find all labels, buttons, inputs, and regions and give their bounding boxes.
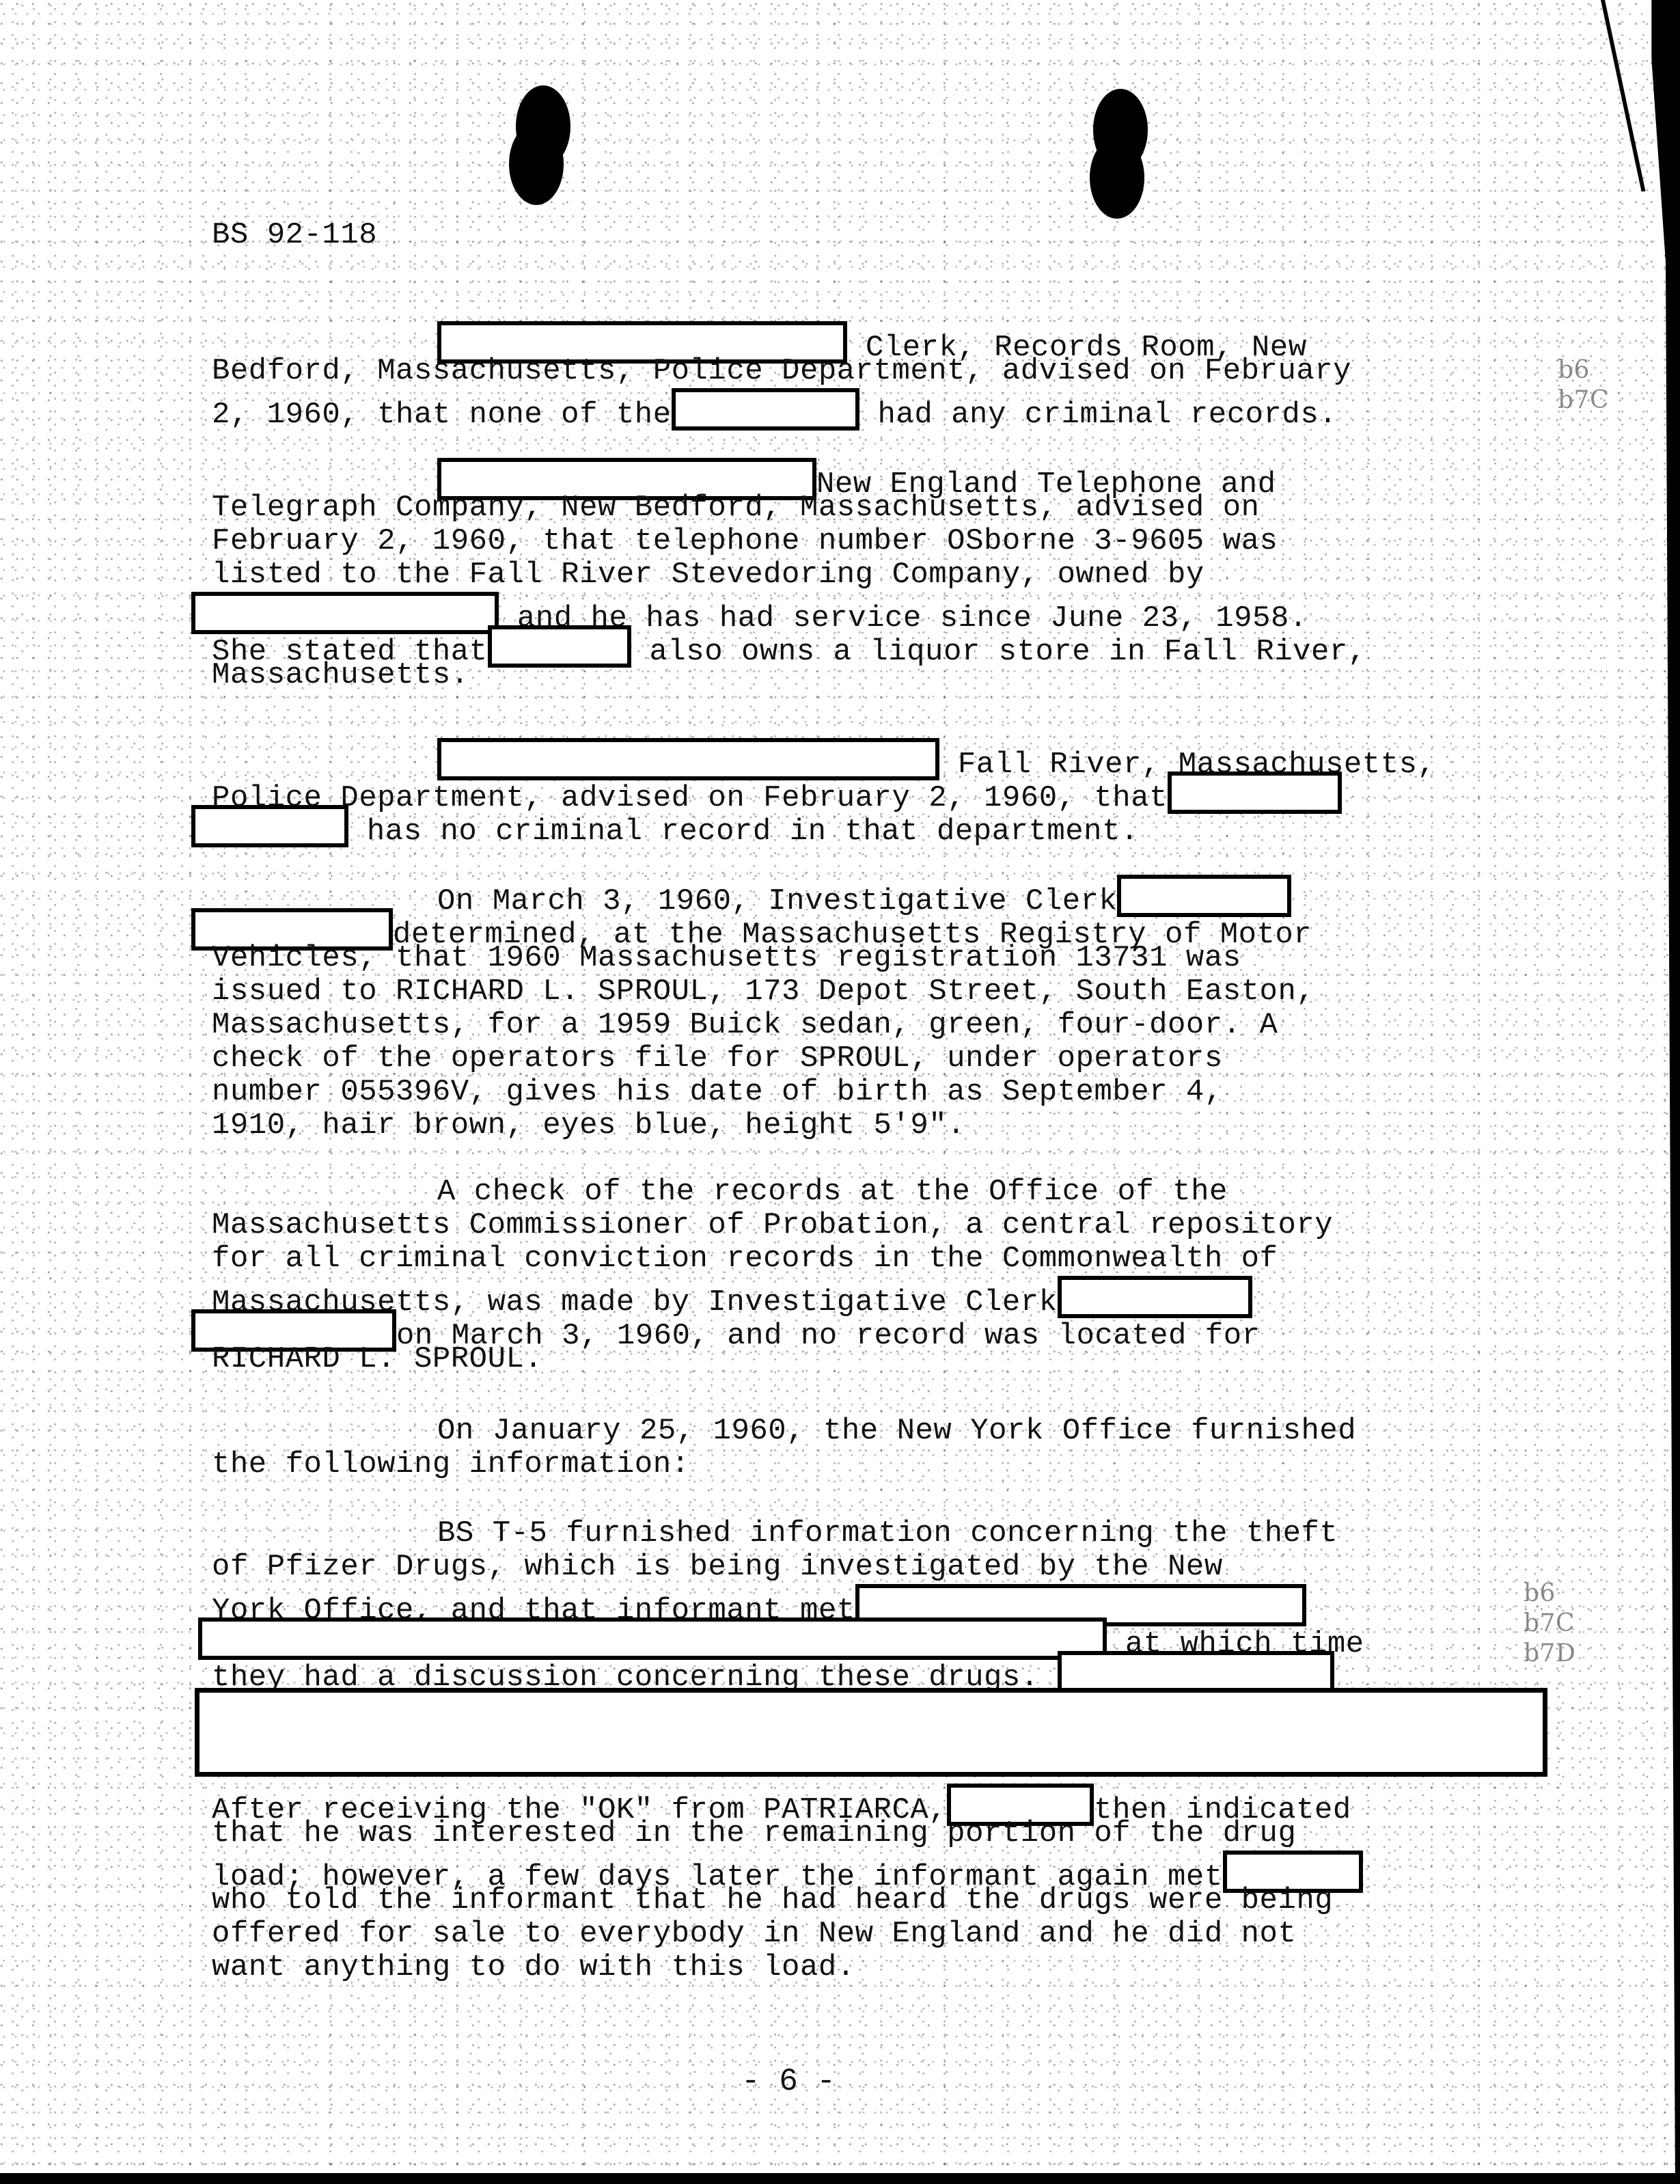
text-line: had any criminal records.: [878, 398, 1338, 432]
redaction-box: [1058, 1651, 1334, 1693]
paragraph-fall-river-police: Fall River, Massachusetts, Police Depart…: [212, 738, 1510, 838]
text-line: February 2, 1960, that telephone number …: [212, 525, 1510, 558]
redaction-box: [488, 625, 631, 668]
text-line: has no criminal record in that departmen…: [367, 815, 1139, 849]
text-line: check of the operators file for SPROUL, …: [212, 1042, 1510, 1076]
text-line: BS T-5 furnished information concerning …: [212, 1517, 1510, 1551]
exemption-codes: b6 b7C: [1558, 355, 1609, 415]
text-line: 1910, hair brown, eyes blue, height 5'9"…: [212, 1109, 1510, 1143]
text-line: Telegraph Company, New Bedford, Massachu…: [212, 491, 1510, 525]
file-number: BS 92-118: [212, 219, 377, 252]
exemption-codes: b6 b7C b7D: [1524, 1579, 1575, 1669]
text-line: Massachusetts, for a 1959 Buick sedan, g…: [212, 1009, 1510, 1042]
text-line: of Pfizer Drugs, which is being investig…: [212, 1551, 1510, 1584]
text-line: Massachusetts Commissioner of Probation,…: [212, 1209, 1510, 1242]
redaction-box: [1168, 772, 1342, 814]
redaction-box: [191, 805, 348, 847]
exemption-code: b6: [1558, 355, 1609, 385]
exemption-code: b6: [1524, 1579, 1575, 1609]
punch-hole: [1090, 137, 1144, 219]
text-line: number 055396V, gives his date of birth …: [212, 1076, 1510, 1109]
text-line: 2, 1960, that none of the: [212, 398, 672, 432]
punch-hole: [509, 123, 564, 205]
redaction-block: [195, 1688, 1547, 1777]
paragraph-commissioner-probation: A check of the records at the Office of …: [212, 1175, 1510, 1376]
paragraph-telephone-company: New England Telephone and Telegraph Comp…: [212, 458, 1510, 692]
exemption-code: b7C: [1558, 385, 1609, 415]
scanned-page-edge: [1632, 0, 1680, 2184]
page-fold-crease: [1601, 0, 1646, 191]
text-line: A check of the records at the Office of …: [212, 1175, 1510, 1209]
scan-border: [0, 2173, 1680, 2184]
text-line: want anything to do with this load.: [212, 1951, 1510, 1984]
paragraph-informant-bs-t5: BS T-5 furnished information concerning …: [212, 1517, 1510, 1684]
exemption-code: b7C: [1524, 1609, 1575, 1639]
text-line: for all criminal conviction records in t…: [212, 1242, 1510, 1276]
redaction-box: [672, 388, 859, 431]
text-line: On January 25, 1960, the New York Office…: [212, 1415, 1510, 1448]
paragraph-patriarca: After receiving the "OK" from PATRIARCA,…: [212, 1784, 1510, 1984]
text-line: offered for sale to everybody in New Eng…: [212, 1917, 1510, 1951]
page-number: - 6 -: [741, 2064, 836, 2099]
text-line: the following information:: [212, 1448, 1510, 1482]
text-line: who told the informant that he had heard…: [212, 1884, 1510, 1917]
exemption-code: b7D: [1524, 1639, 1575, 1669]
text-line: also owns a liquor store in Fall River,: [649, 635, 1366, 669]
paragraph-new-york-office: On January 25, 1960, the New York Office…: [212, 1415, 1510, 1482]
text-line: Bedford, Massachusetts, Police Departmen…: [212, 355, 1510, 388]
paragraph-registry-motor-vehicles: On March 3, 1960, Investigative Clerk de…: [212, 875, 1510, 1143]
paragraph-new-bedford-police: Clerk, Records Room, New Bedford, Massac…: [212, 321, 1510, 422]
text-line: Vehicles, that 1960 Massachusetts regist…: [212, 942, 1510, 975]
document-page: BS 92-118 Clerk, Records Room, New Bedfo…: [0, 0, 1680, 2184]
text-line: issued to RICHARD L. SPROUL, 173 Depot S…: [212, 975, 1510, 1009]
text-line: listed to the Fall River Stevedoring Com…: [212, 558, 1510, 592]
